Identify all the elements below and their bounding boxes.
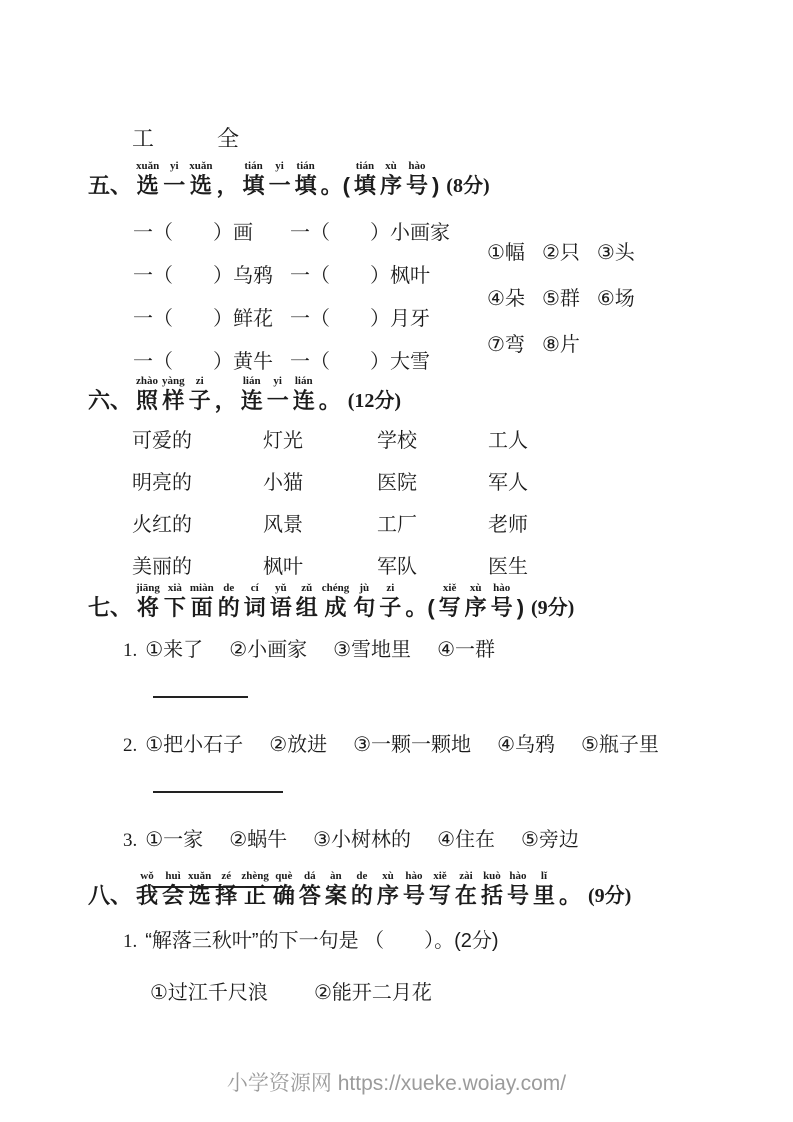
chinese-character: 答 — [299, 884, 321, 908]
section-6-number: 六、 — [88, 389, 132, 413]
section-7-title-text: jiāng将xià下miàn面de的cí词yǔ语zǔ组chéng成jù句zi子。… — [134, 582, 526, 620]
pinyin-annotation: de — [356, 870, 367, 884]
chinese-character: 序 — [380, 174, 402, 198]
chinese-character: 。 — [559, 884, 581, 908]
title-character: hào号 — [403, 870, 425, 908]
title-character: zi子 — [189, 375, 211, 413]
chinese-character: 号 — [406, 174, 428, 198]
pinyin-annotation: kuò — [483, 870, 501, 884]
chinese-character: 序 — [377, 884, 399, 908]
section-5-title-text: xuǎn选yi一xuǎn选，tián填yi一tián填。(tián填xù序hào… — [134, 160, 441, 198]
chinese-character: 词 — [244, 596, 266, 620]
title-character: zhèng正 — [241, 870, 269, 908]
section-6-title-text: zhào照yàng样zi子，lián连yi一lián连。 — [134, 375, 343, 413]
item-number: 2. — [123, 735, 137, 757]
matching-word: 老师 — [488, 508, 528, 550]
title-character: wǒ我 — [136, 870, 158, 908]
options-line: ④朵⑤群⑥场 — [487, 282, 635, 328]
fill-blank-right: 一（ ）小画家 — [290, 216, 450, 245]
chinese-character: ) — [432, 174, 439, 198]
pinyin-annotation: zhèng — [241, 870, 269, 884]
chinese-character: 将 — [137, 596, 159, 620]
pinyin-annotation: zǔ — [301, 582, 312, 596]
word-fragment: ④住在 — [437, 823, 495, 852]
pinyin-annotation: yàng — [162, 375, 185, 389]
title-character: kuò括 — [481, 870, 503, 908]
section-5-number: 五、 — [88, 174, 132, 198]
section-7-items: 1.①来了②小画家③雪地里④一群2.①把小石子②放进③一颗一颗地④乌鸦⑤瓶子里3… — [123, 633, 793, 888]
pinyin-annotation: chéng — [322, 582, 350, 596]
title-character: lǐ里 — [533, 870, 555, 908]
matching-word: 工厂 — [377, 508, 488, 550]
section-7-number: 七、 — [88, 596, 132, 620]
section-6-score: (12分) — [348, 389, 401, 413]
title-character: lián连 — [293, 375, 315, 413]
pinyin-annotation: xù — [382, 870, 394, 884]
fill-blank-right: 一（ ）枫叶 — [290, 259, 430, 288]
pinyin-annotation: xiě — [433, 870, 446, 884]
title-character: 。 — [559, 870, 581, 908]
option-item: ②只 — [542, 236, 580, 282]
chinese-character: 子 — [379, 596, 401, 620]
title-character: hào号 — [507, 870, 529, 908]
item-number: 3. — [123, 830, 137, 852]
pinyin-annotation: lián — [295, 375, 313, 389]
chinese-character: 填 — [295, 174, 317, 198]
leftover-character: 工 — [132, 127, 154, 151]
fill-blank-right: 一（ ）月牙 — [290, 302, 430, 331]
title-character: xiě写 — [439, 582, 461, 620]
section-6-matching-grid: 可爱的灯光学校工人明亮的小猫医院军人火红的风景工厂老师美丽的枫叶军队医生 — [132, 424, 793, 592]
title-character: yi一 — [269, 160, 291, 198]
title-character: xù序 — [380, 160, 402, 198]
title-character: xù序 — [377, 870, 399, 908]
word-fragment: ①把小石子 — [145, 728, 243, 757]
title-character: xuǎn选 — [188, 870, 211, 908]
title-character: zhào照 — [136, 375, 158, 413]
chinese-character: 句 — [353, 596, 375, 620]
matching-word: 小猫 — [263, 466, 377, 508]
sentence-item: 2.①把小石子②放进③一颗一颗地④乌鸦⑤瓶子里 — [123, 728, 793, 757]
pinyin-annotation: yi — [273, 375, 282, 389]
chinese-character: 择 — [215, 884, 237, 908]
matching-word: 可爱的 — [132, 424, 263, 466]
chinese-character: 连 — [293, 389, 315, 413]
title-character: hào号 — [406, 160, 428, 198]
word-fragments: ①把小石子②放进③一颗一颗地④乌鸦⑤瓶子里 — [145, 728, 659, 757]
word-fragment: ⑤瓶子里 — [581, 728, 659, 757]
chinese-character: 组 — [296, 596, 318, 620]
chinese-character: ， — [215, 389, 237, 413]
matching-word: 工人 — [488, 424, 528, 466]
option-item: ③头 — [597, 236, 635, 282]
title-character: huì会 — [162, 870, 184, 908]
option-item: ⑤群 — [542, 282, 580, 328]
chinese-character: 号 — [507, 884, 529, 908]
chinese-character: 括 — [481, 884, 503, 908]
pinyin-annotation: tián — [244, 160, 262, 174]
section-8: 八、 wǒ我huì会xuǎn选zé择zhèng正què确dá答àn案de的xù序… — [0, 870, 793, 1005]
pinyin-annotation: xiě — [443, 582, 456, 596]
section-8-question-1-options: ①过江千尺浪②能开二月花 — [150, 976, 793, 1005]
section-7: 七、 jiāng将xià下miàn面de的cí词yǔ语zǔ组chéng成jù句z… — [0, 582, 793, 888]
chinese-character: 写 — [429, 884, 451, 908]
title-character: yi一 — [267, 375, 289, 413]
word-fragments: ①来了②小画家③雪地里④一群 — [145, 633, 495, 662]
chinese-character: ， — [217, 174, 239, 198]
title-character: chéng成 — [322, 582, 350, 620]
option-item: ⑥场 — [597, 282, 635, 328]
option-item: ⑦弯 — [487, 328, 525, 374]
matching-word: 灯光 — [263, 424, 377, 466]
title-character: ， — [215, 375, 237, 413]
fill-blank-right: 一（ ）大雪 — [290, 345, 430, 374]
sentence-item: 1.①来了②小画家③雪地里④一群 — [123, 633, 793, 662]
section-7-score: (9分) — [531, 596, 574, 620]
title-character: zé择 — [215, 870, 237, 908]
pinyin-annotation: zi — [196, 375, 204, 389]
title-character: zǔ组 — [296, 582, 318, 620]
word-fragment: ②蜗牛 — [229, 823, 287, 852]
pinyin-annotation: huì — [165, 870, 180, 884]
section-6-title: 六、 zhào照yàng样zi子，lián连yi一lián连。 (12分) — [88, 375, 793, 413]
title-character: 。( — [321, 160, 350, 198]
pinyin-annotation: xù — [470, 582, 482, 596]
chinese-character: 照 — [136, 389, 158, 413]
word-fragment: ③小树林的 — [313, 823, 411, 852]
fill-blank-row: 一（ ）鲜花一（ ）月牙 — [133, 302, 793, 345]
title-character: miàn面 — [190, 582, 214, 620]
word-fragment: ④乌鸦 — [497, 728, 555, 757]
answer-blank-line — [153, 696, 248, 698]
matching-row: 火红的风景工厂老师 — [132, 508, 793, 550]
pinyin-annotation: jù — [359, 582, 369, 596]
pinyin-annotation: lián — [243, 375, 261, 389]
matching-word: 风景 — [263, 508, 377, 550]
pinyin-annotation: dá — [304, 870, 316, 884]
pinyin-annotation: què — [275, 870, 292, 884]
item-number: 1. — [123, 640, 137, 662]
chinese-character: 填 — [354, 174, 376, 198]
title-character: yi一 — [163, 160, 185, 198]
title-character: jù句 — [353, 582, 375, 620]
title-character: yǔ语 — [270, 582, 292, 620]
section-8-question-1: 1. “解落三秋叶”的下一句是 （ ）。(2分) — [123, 924, 793, 953]
fill-blank-left: 一（ ）乌鸦 — [133, 259, 290, 288]
choice-option: ②能开二月花 — [314, 976, 432, 1005]
pinyin-annotation: miàn — [190, 582, 214, 596]
question-number: 1. — [123, 931, 137, 953]
matching-row: 明亮的小猫医院军人 — [132, 466, 793, 508]
chinese-character: 。( — [321, 174, 350, 198]
title-character: xù序 — [465, 582, 487, 620]
matching-word: 明亮的 — [132, 466, 263, 508]
chinese-character: 下 — [164, 596, 186, 620]
question-text: “解落三秋叶”的下一句是 （ ）。(2分) — [145, 924, 498, 953]
chinese-character: 选 — [190, 174, 212, 198]
title-character: tián填 — [295, 160, 317, 198]
word-fragment: ②放进 — [269, 728, 327, 757]
section-5: 五、 xuǎn选yi一xuǎn选，tián填yi一tián填。(tián填xù序… — [0, 160, 793, 388]
section-5-score: (8分) — [446, 174, 489, 198]
previous-answer-characters: 工全 — [132, 127, 239, 151]
chinese-character: 面 — [191, 596, 213, 620]
leftover-character: 全 — [217, 127, 239, 151]
fill-blank-left: 一（ ）画 — [133, 216, 290, 245]
pinyin-annotation: jiāng — [136, 582, 160, 596]
pinyin-annotation: xuǎn — [136, 160, 159, 174]
chinese-character: 写 — [439, 596, 461, 620]
section-8-score: (9分) — [588, 884, 631, 908]
title-character: xià下 — [164, 582, 186, 620]
pinyin-annotation: xià — [168, 582, 182, 596]
section-8-title-text: wǒ我huì会xuǎn选zé择zhèng正què确dá答àn案de的xù序hào… — [134, 870, 583, 908]
fill-blank-row: 一（ ）乌鸦一（ ）枫叶 — [133, 259, 793, 302]
pinyin-annotation: zé — [221, 870, 231, 884]
title-character: 。( — [405, 582, 434, 620]
matching-row: 可爱的灯光学校工人 — [132, 424, 793, 466]
title-character: xuǎn选 — [189, 160, 212, 198]
option-item: ①幅 — [487, 236, 525, 282]
word-fragment: ①一家 — [145, 823, 203, 852]
pinyin-annotation: tián — [296, 160, 314, 174]
pinyin-annotation: yǔ — [275, 582, 287, 596]
title-character: cí词 — [244, 582, 266, 620]
word-fragment: ①来了 — [145, 633, 203, 662]
chinese-character: 样 — [162, 389, 184, 413]
options-line: ①幅②只③头 — [487, 236, 635, 282]
section-6: 六、 zhào照yàng样zi子，lián连yi一lián连。 (12分) 可爱… — [0, 375, 793, 592]
word-fragment: ⑤旁边 — [521, 823, 579, 852]
test-paper-page: 工全 五、 xuǎn选yi一xuǎn选，tián填yi一tián填。(tián填… — [0, 0, 793, 1122]
title-character: ， — [217, 160, 239, 198]
chinese-character: 成 — [325, 596, 347, 620]
title-character: zi子 — [379, 582, 401, 620]
section-8-number: 八、 — [88, 884, 132, 908]
chinese-character: ) — [517, 596, 524, 620]
chinese-character: 一 — [269, 174, 291, 198]
word-fragment: ③雪地里 — [333, 633, 411, 662]
pinyin-annotation: cí — [251, 582, 259, 596]
word-fragment: ②小画家 — [229, 633, 307, 662]
chinese-character: 选 — [189, 884, 211, 908]
title-character: xiě写 — [429, 870, 451, 908]
pinyin-annotation: tián — [356, 160, 374, 174]
word-fragment: ④一群 — [437, 633, 495, 662]
title-character: ) — [517, 582, 524, 620]
pinyin-annotation: de — [223, 582, 234, 596]
section-7-title: 七、 jiāng将xià下miàn面de的cí词yǔ语zǔ组chéng成jù句z… — [88, 582, 793, 620]
chinese-character: 里 — [533, 884, 555, 908]
chinese-character: 在 — [455, 884, 477, 908]
word-fragments: ①一家②蜗牛③小树林的④住在⑤旁边 — [145, 823, 579, 852]
fill-blank-left: 一（ ）黄牛 — [133, 345, 290, 374]
chinese-character: 的 — [351, 884, 373, 908]
section-5-answer-options: ①幅②只③头④朵⑤群⑥场⑦弯⑧片 — [487, 236, 635, 374]
chinese-character: 正 — [244, 884, 266, 908]
pinyin-annotation: xuǎn — [188, 870, 211, 884]
title-character: zài在 — [455, 870, 477, 908]
pinyin-annotation: zhào — [136, 375, 158, 389]
title-character: xuǎn选 — [136, 160, 159, 198]
title-character: yàng样 — [162, 375, 185, 413]
pinyin-annotation: zi — [386, 582, 394, 596]
chinese-character: 连 — [241, 389, 263, 413]
chinese-character: 一 — [163, 174, 185, 198]
pinyin-annotation: hào — [408, 160, 425, 174]
chinese-character: 案 — [325, 884, 347, 908]
title-character: de的 — [351, 870, 373, 908]
pinyin-annotation: zài — [459, 870, 472, 884]
chinese-character: 。( — [405, 596, 434, 620]
pinyin-annotation: hào — [509, 870, 526, 884]
chinese-character: 语 — [270, 596, 292, 620]
chinese-character: 填 — [243, 174, 265, 198]
matching-word: 学校 — [377, 424, 488, 466]
chinese-character: 。 — [319, 389, 341, 413]
matching-word: 医院 — [377, 466, 488, 508]
pinyin-annotation: wǒ — [140, 870, 153, 884]
pinyin-annotation: hào — [405, 870, 422, 884]
pinyin-annotation: yi — [275, 160, 284, 174]
footer-watermark: 小学资源网 https://xueke.woiay.com/ — [0, 1067, 793, 1097]
chinese-character: 号 — [403, 884, 425, 908]
title-character: 。 — [319, 375, 341, 413]
chinese-character: 子 — [189, 389, 211, 413]
title-character: de的 — [218, 582, 240, 620]
title-character: lián连 — [241, 375, 263, 413]
chinese-character: 号 — [491, 596, 513, 620]
fill-blank-left: 一（ ）鲜花 — [133, 302, 290, 331]
pinyin-annotation: xuǎn — [189, 160, 212, 174]
section-8-title: 八、 wǒ我huì会xuǎn选zé择zhèng正què确dá答àn案de的xù序… — [88, 870, 793, 908]
title-character: què确 — [273, 870, 295, 908]
title-character: àn案 — [325, 870, 347, 908]
chinese-character: 的 — [218, 596, 240, 620]
pinyin-annotation: yi — [170, 160, 179, 174]
chinese-character: 我 — [136, 884, 158, 908]
chinese-character: 一 — [267, 389, 289, 413]
pinyin-annotation: lǐ — [541, 870, 547, 884]
sentence-item: 3.①一家②蜗牛③小树林的④住在⑤旁边 — [123, 823, 793, 852]
matching-word: 军人 — [488, 466, 528, 508]
word-fragment: ③一颗一颗地 — [353, 728, 471, 757]
chinese-character: 会 — [162, 884, 184, 908]
title-character: tián填 — [354, 160, 376, 198]
pinyin-annotation: xù — [385, 160, 397, 174]
option-item: ⑧片 — [542, 328, 580, 374]
options-line: ⑦弯⑧片 — [487, 328, 635, 374]
chinese-character: 序 — [465, 596, 487, 620]
fill-blank-row: 一（ ）画一（ ）小画家 — [133, 216, 793, 259]
chinese-character: 选 — [137, 174, 159, 198]
pinyin-annotation: àn — [330, 870, 342, 884]
title-character: ) — [432, 160, 439, 198]
answer-blank-line — [153, 791, 283, 793]
option-item: ④朵 — [487, 282, 525, 328]
section-5-fill-rows: 一（ ）画一（ ）小画家一（ ）乌鸦一（ ）枫叶一（ ）鲜花一（ ）月牙一（ ）… — [133, 216, 793, 388]
section-5-title: 五、 xuǎn选yi一xuǎn选，tián填yi一tián填。(tián填xù序… — [88, 160, 793, 198]
title-character: hào号 — [491, 582, 513, 620]
title-character: jiāng将 — [136, 582, 160, 620]
matching-word: 火红的 — [132, 508, 263, 550]
pinyin-annotation: hào — [493, 582, 510, 596]
title-character: tián填 — [243, 160, 265, 198]
title-character: dá答 — [299, 870, 321, 908]
chinese-character: 确 — [273, 884, 295, 908]
choice-option: ①过江千尺浪 — [150, 976, 268, 1005]
